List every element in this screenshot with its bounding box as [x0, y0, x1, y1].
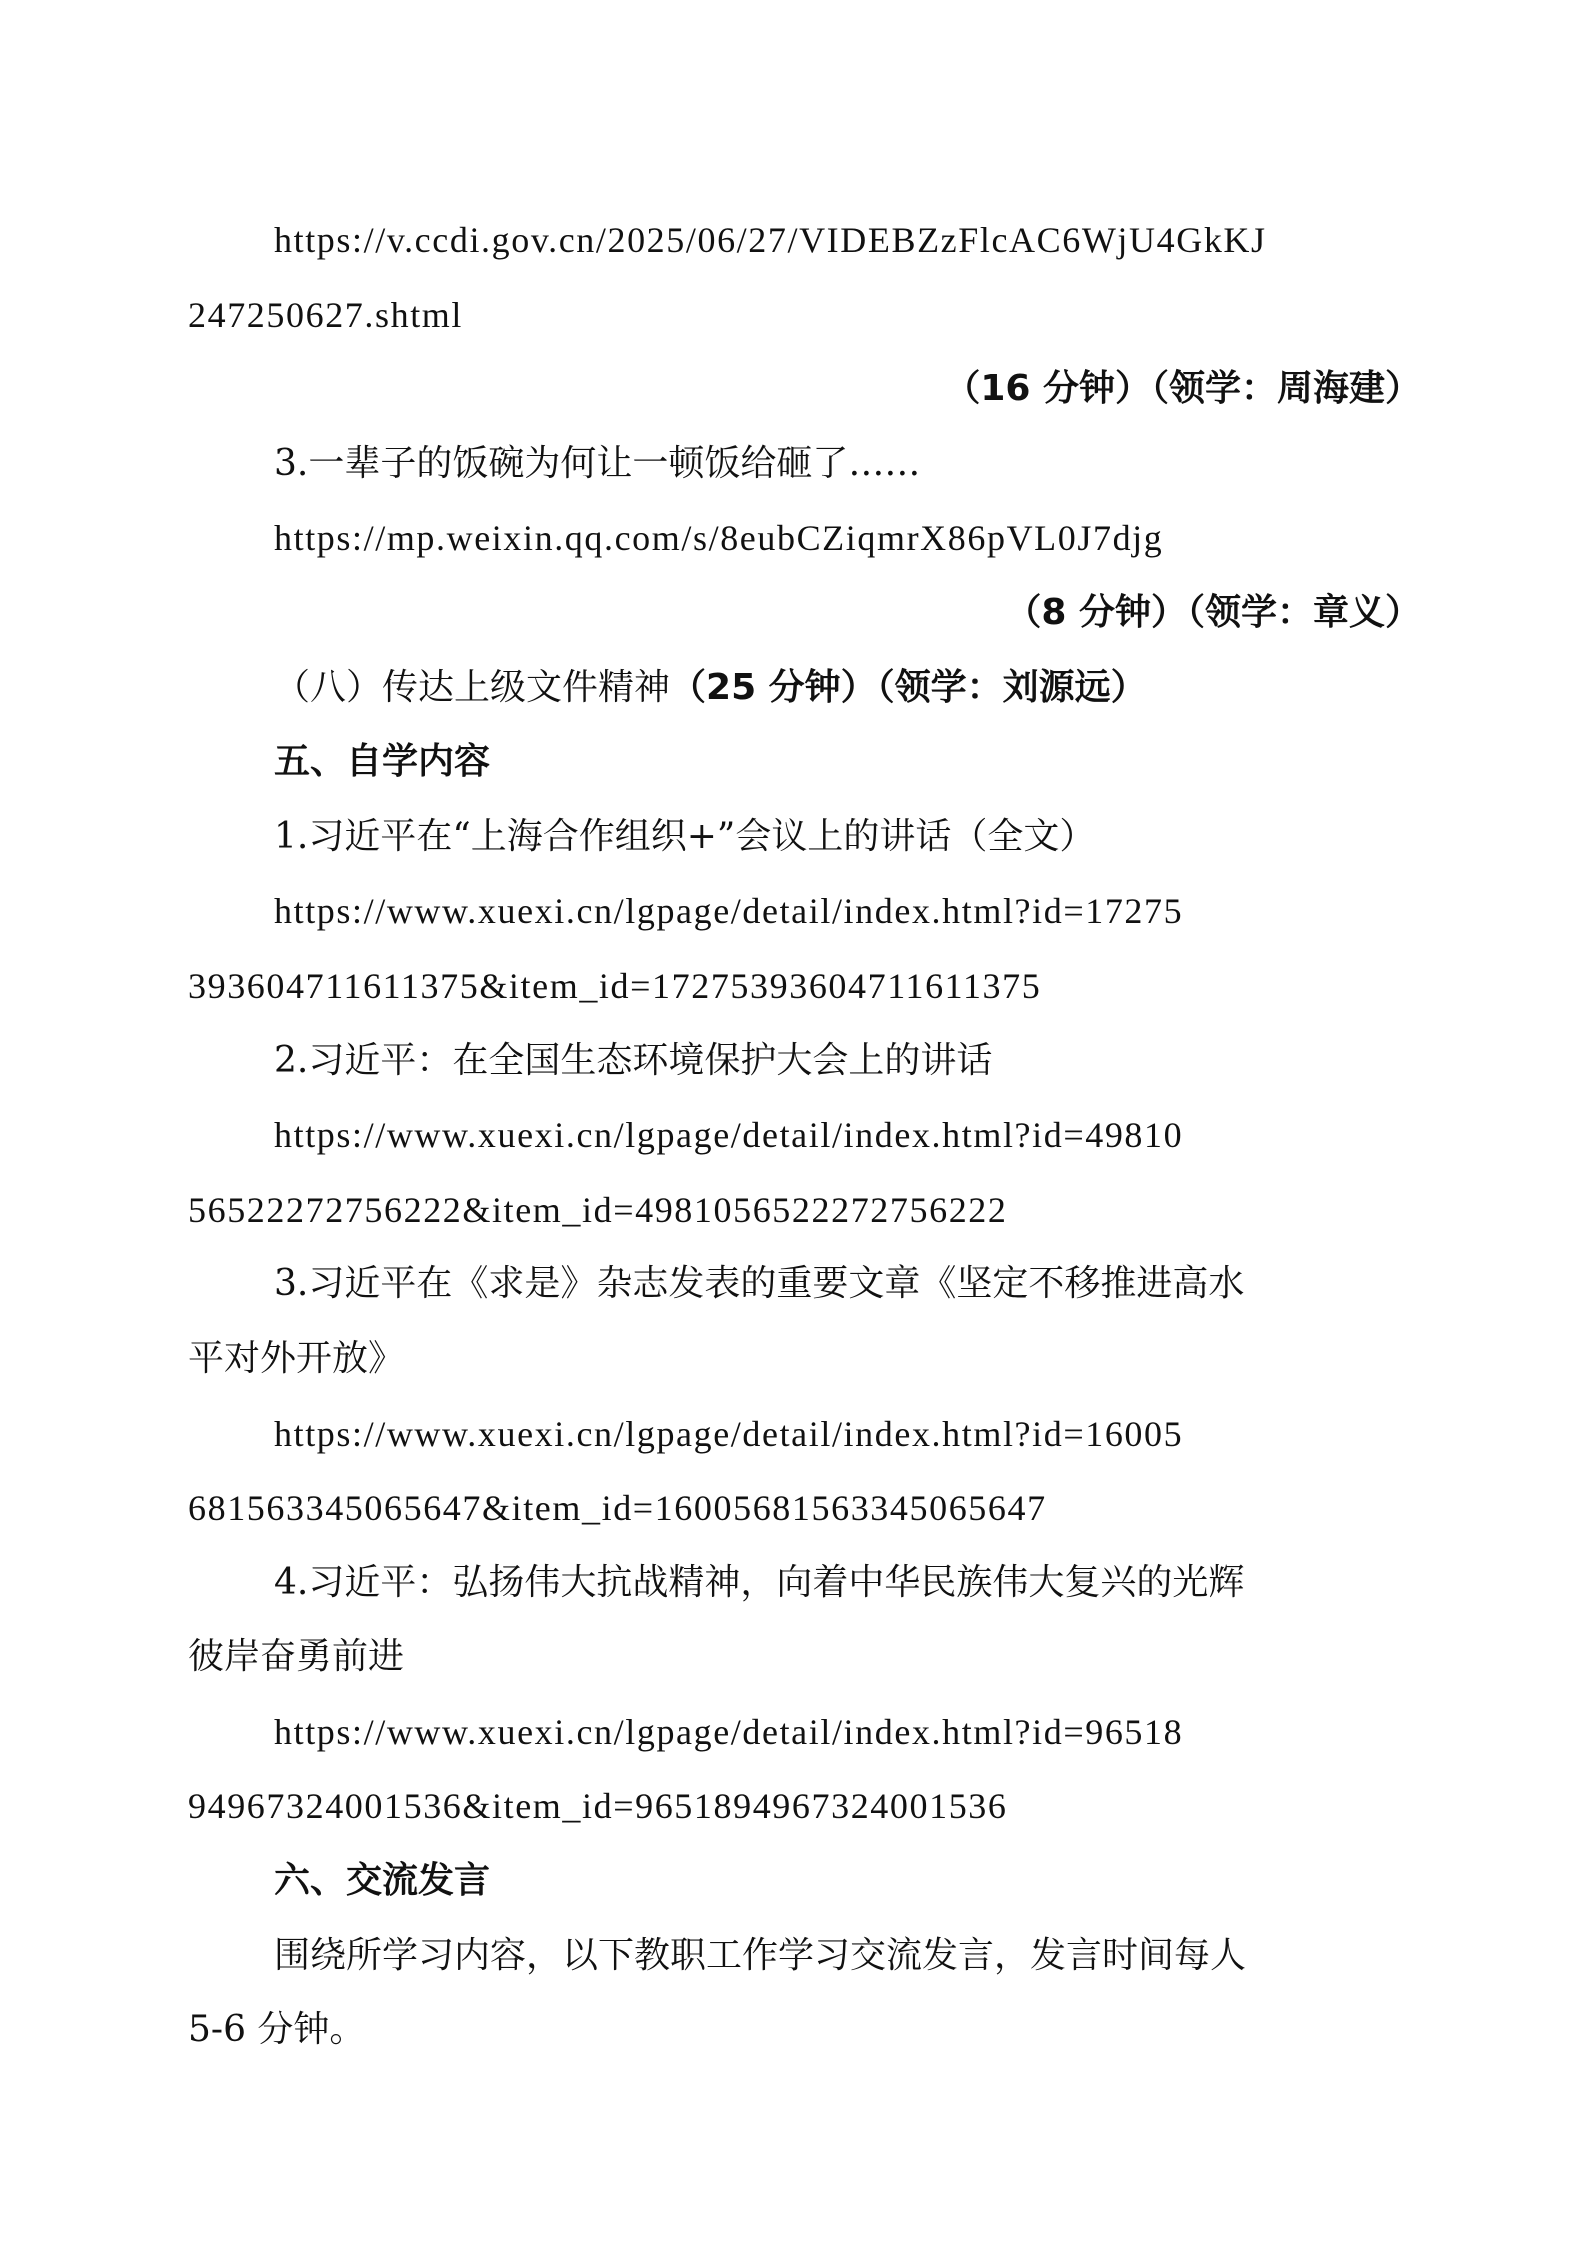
item2-duration-leader: （16 分钟）（领学：周海建） [188, 352, 1421, 427]
study-item-4-title-line1: 4.习近平：弘扬伟大抗战精神，向着中华民族伟大复兴的光辉 [188, 1546, 1421, 1621]
item3-duration-leader: （8 分钟）（领学：章义） [188, 576, 1421, 651]
study-item-4-link-line1[interactable]: https://www.xuexi.cn/lgpage/detail/index… [188, 1695, 1421, 1770]
ccdi-link-line2[interactable]: 247250627.shtml [188, 278, 1421, 353]
document-page: https://v.ccdi.gov.cn/2025/06/27/VIDEBZz… [188, 203, 1421, 2068]
item3-title: 3.一辈子的饭碗为何让一顿饭给砸了…… [188, 427, 1421, 502]
study-item-4-link-line2[interactable]: 94967324001536&item_id=96518949673240015… [188, 1769, 1421, 1844]
section8-label: （八）传达上级文件精神 [274, 667, 670, 708]
section5-heading: 五、自学内容 [188, 725, 1421, 800]
section6-body-line2: 5-6 分钟。 [188, 1993, 1421, 2068]
section6-heading: 六、交流发言 [188, 1844, 1421, 1919]
section8-duration-leader: （25 分钟）（领学：刘源远） [670, 667, 1147, 708]
study-item-3-link-line2[interactable]: 681563345065647&item_id=1600568156334506… [188, 1471, 1421, 1546]
section6-body-line1: 围绕所学习内容，以下教职工作学习交流发言，发言时间每人 [188, 1919, 1421, 1994]
item3-link[interactable]: https://mp.weixin.qq.com/s/8eubCZiqmrX86… [188, 501, 1421, 576]
study-item-4-title-line2: 彼岸奋勇前进 [188, 1620, 1421, 1695]
study-item-2-link-line2[interactable]: 56522272756222&item_id=49810565222727562… [188, 1173, 1421, 1248]
study-item-3-title-line2: 平对外开放》 [188, 1322, 1421, 1397]
study-item-2-title: 2.习近平：在全国生态环境保护大会上的讲话 [188, 1024, 1421, 1099]
study-item-3-link-line1[interactable]: https://www.xuexi.cn/lgpage/detail/index… [188, 1397, 1421, 1472]
ccdi-link-line1[interactable]: https://v.ccdi.gov.cn/2025/06/27/VIDEBZz… [188, 203, 1421, 278]
study-item-1-link-line1[interactable]: https://www.xuexi.cn/lgpage/detail/index… [188, 874, 1421, 949]
study-item-3-title-line1: 3.习近平在《求是》杂志发表的重要文章《坚定不移推进高水 [188, 1247, 1421, 1322]
study-item-1-title: 1.习近平在“上海合作组织+”会议上的讲话（全文） [188, 800, 1421, 875]
study-item-2-link-line1[interactable]: https://www.xuexi.cn/lgpage/detail/index… [188, 1098, 1421, 1173]
section8-line: （八）传达上级文件精神（25 分钟）（领学：刘源远） [188, 651, 1421, 726]
study-item-1-link-line2[interactable]: 393604711611375&item_id=1727539360471161… [188, 949, 1421, 1024]
